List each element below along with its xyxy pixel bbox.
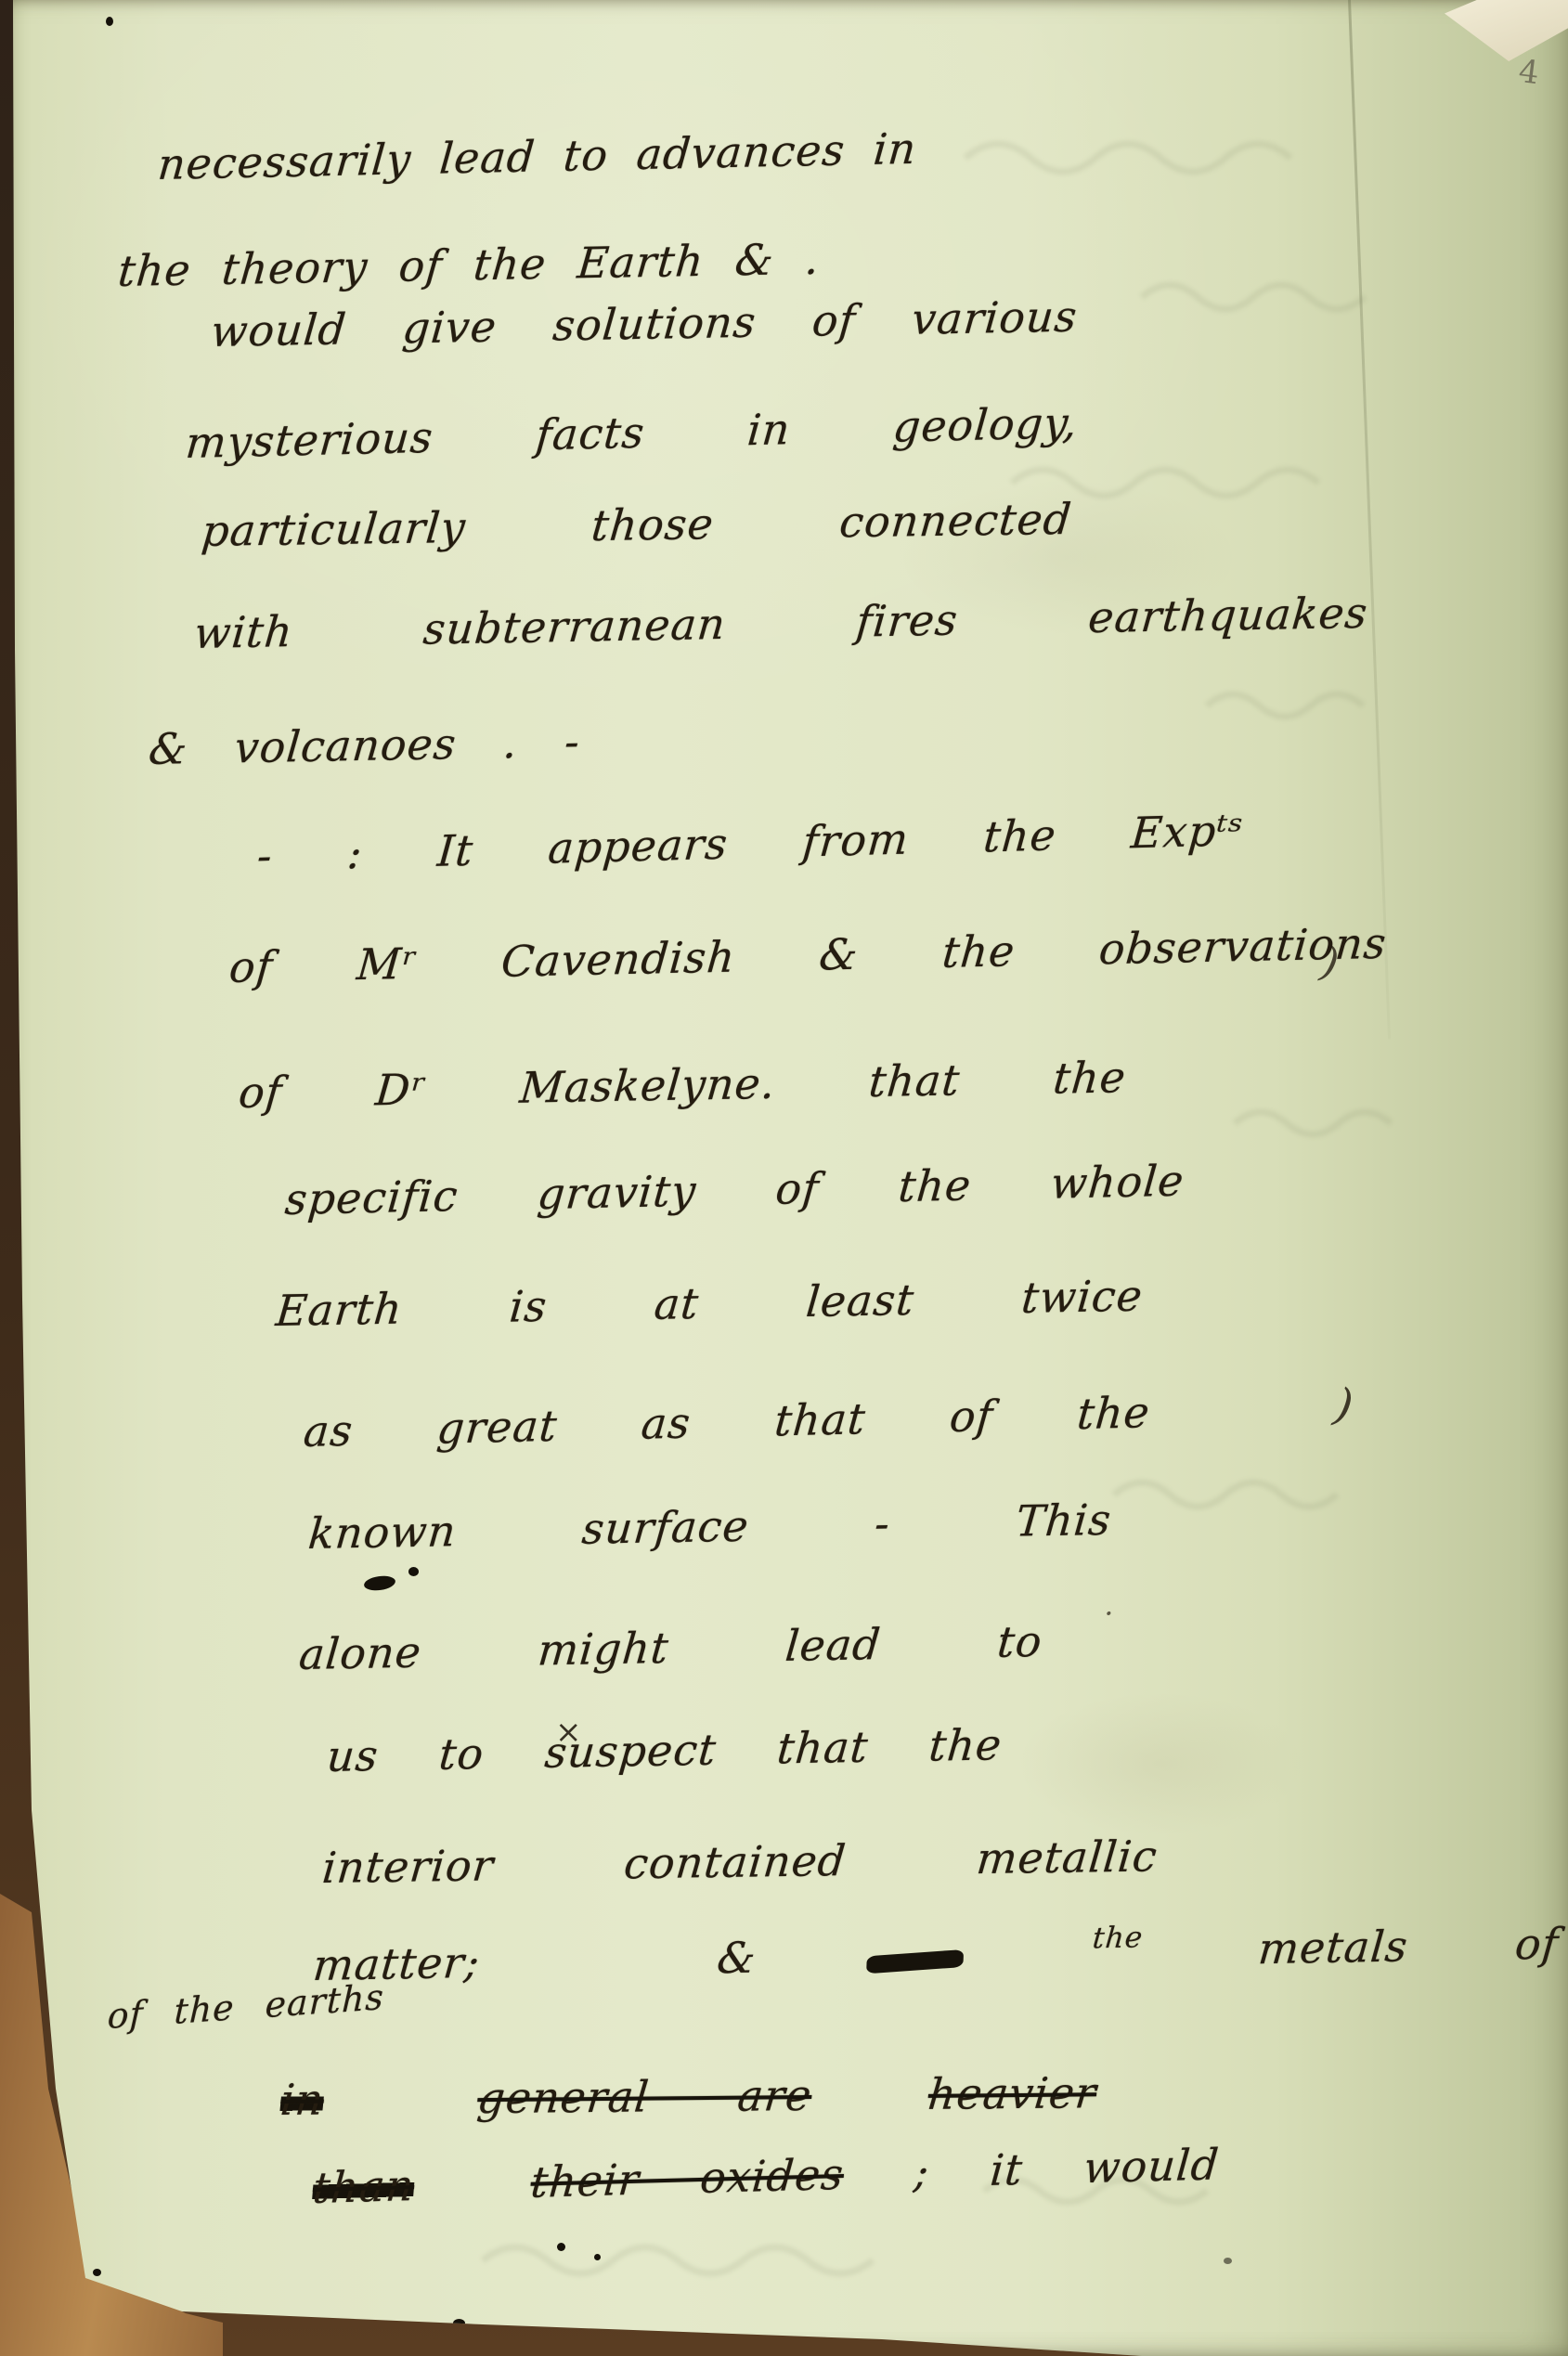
manuscript-line-8: - : It appears from the Expᵗˢ (255, 805, 1245, 881)
manuscript-line-19: of the earths (107, 1976, 385, 2037)
manuscript-photo: { "document": { "kind": "handwritten man… (0, 0, 1568, 2356)
manuscript-line-20: in general are heavier (279, 2067, 1099, 2125)
handwritten-text: us to suspect that the (325, 1719, 1004, 1781)
handwritten-text: of Mʳ Cavendish & the observations (227, 918, 1389, 992)
manuscript-line-10: of Dʳ Maskelyne. that the (237, 1052, 1128, 1118)
handwritten-text: as great as that of the (302, 1387, 1152, 1456)
manuscript-line-7: & volcanoes . - (147, 717, 582, 774)
handwritten-text: Earth is at least twice (274, 1271, 1145, 1336)
manuscript-line-9: of Mʳ Cavendish & the observations (227, 918, 1389, 992)
manuscript-line-5: particularly those connected (200, 494, 1074, 556)
handwritten-text: necessarily lead to advances in (156, 123, 919, 189)
handwritten-text: & volcanoes . - (147, 717, 582, 774)
handwritten-text: the theory of the Earth & . (116, 234, 822, 296)
handwritten-text: - : It appears from the Expᵗˢ (255, 805, 1245, 881)
blotted-out-word (866, 1949, 964, 1974)
manuscript-line-15: alone might lead to (297, 1616, 1044, 1679)
insertion-x-mark: × (555, 1714, 582, 1751)
ink-speck-bottom-3 (1224, 2258, 1232, 2264)
manuscript-line-12: Earth is at least twice (274, 1271, 1145, 1336)
handwritten-text: specific gravity of the whole (283, 1156, 1186, 1224)
handwritten-text: of Dʳ Maskelyne. that the (237, 1052, 1128, 1118)
handwritten-text: in (279, 2075, 327, 2125)
manuscript-line-4: mysterious facts in geology, (184, 397, 1080, 468)
manuscript-line-3: would give solutions of various (209, 291, 1080, 356)
handwritten-text: the (1091, 1921, 1144, 1955)
manuscript-line-11: specific gravity of the whole (283, 1156, 1186, 1224)
handwritten-text: than (311, 2160, 416, 2213)
manuscript-line-2: the theory of the Earth & . (116, 234, 822, 296)
ink-speck-bottom-1 (453, 2319, 465, 2327)
ink-blot-under-known (363, 1574, 396, 1593)
handwritten-text: general are (475, 2070, 814, 2123)
handwritten-text: alone might lead to (297, 1616, 1044, 1679)
ink-dots-after-to: ˙˙ (991, 1632, 1029, 1675)
paper-crease-line (1348, 0, 1391, 1039)
handwritten-text: particularly those connected (200, 494, 1074, 556)
manuscript-line-14: known surface - This (306, 1495, 1113, 1559)
handwritten-text: & (715, 1933, 758, 1984)
manuscript-line-17: interior contained metallic (320, 1831, 1160, 1893)
handwritten-text: interior contained metallic (320, 1831, 1160, 1893)
handwritten-text: mysterious facts in geology, (184, 397, 1080, 468)
manuscript-line-21: than their oxides ; it would (311, 2139, 1221, 2213)
handwritten-text: metals of (1256, 1918, 1561, 1974)
manuscript-paper-sheet: 4 necessarily lead to advances inthe the… (0, 0, 1568, 2356)
stray-paren-mark-lower: ) (1330, 1379, 1356, 1432)
page-number-pencil: 4 (1517, 53, 1541, 92)
manuscript-line-1: necessarily lead to advances in (156, 123, 919, 189)
ink-speck-bottom-2 (93, 2269, 101, 2276)
ink-speck-near-known (408, 1567, 419, 1576)
handwritten-text: their oxides (529, 2149, 846, 2207)
handwritten-text: with subterranean fires earthquakes (192, 588, 1370, 658)
manuscript-line-13: as great as that of the (302, 1387, 1152, 1456)
manuscript-line-18: matter; & the metals of (311, 1913, 1562, 1990)
ink-speck-under-strike (557, 2243, 565, 2251)
manuscript-line-16: us to suspect that the (325, 1719, 1004, 1781)
handwritten-text: ; it would (912, 2139, 1221, 2197)
handwritten-text: known surface - This (306, 1495, 1113, 1559)
handwritten-text: of the earths (107, 1976, 385, 2037)
handwritten-text: heavier (926, 2067, 1098, 2119)
manuscript-line-6: with subterranean fires earthquakes (192, 588, 1370, 658)
ink-speck-under-strike-2 (594, 2254, 601, 2260)
ink-speck-top-left (106, 17, 113, 26)
handwritten-text: would give solutions of various (209, 291, 1080, 356)
ink-dot: ˙ (1097, 1608, 1114, 1646)
folded-page-corner (1445, 0, 1568, 61)
